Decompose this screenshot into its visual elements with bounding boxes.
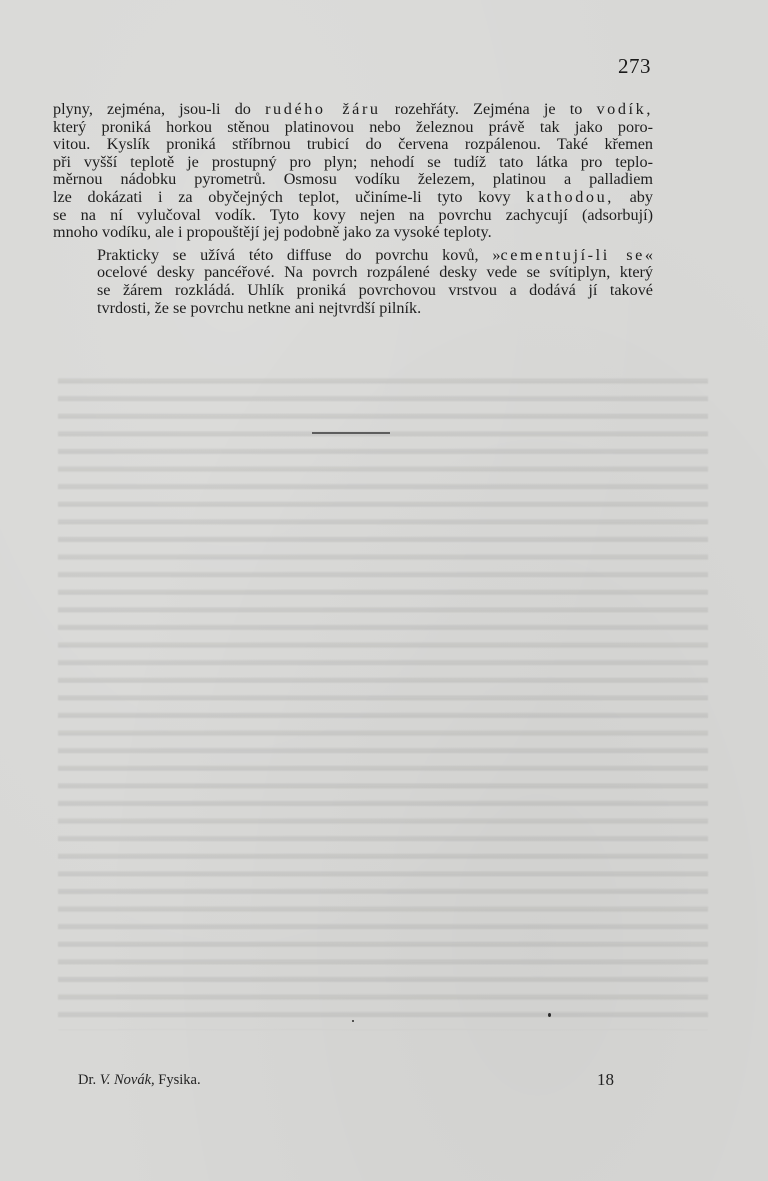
text-line: lze dokázati i za obyčejných teplot, uči… <box>53 189 653 207</box>
text-line: plyny, zejména, jsou-li do rudého žáru r… <box>53 101 653 119</box>
page-footer: Dr. V. Novák, Fysika. 18 <box>78 1072 618 1089</box>
spaced-emphasis: vodík, <box>596 100 653 118</box>
text-line: Prakticky se užívá této diffuse do povrc… <box>53 247 653 265</box>
paragraph: plyny, zejména, jsou-li do rudého žáru r… <box>53 101 653 242</box>
page-number: 273 <box>618 54 651 79</box>
text-line: ocelové desky pancéřové. Na povrch rozpá… <box>53 264 653 282</box>
author-name: V. Novák <box>100 1072 151 1088</box>
text-line: měrnou nádobku pyrometrů. Osmosu vodíku … <box>53 171 653 189</box>
section-separator-rule <box>312 432 390 434</box>
spaced-emphasis: kathodou, <box>526 188 614 206</box>
footer-author: Dr. V. Novák, Fysika. <box>78 1072 201 1088</box>
paragraph: Prakticky se užívá této diffuse do povrc… <box>53 247 653 317</box>
body-text: plyny, zejména, jsou-li do rudého žáru r… <box>53 101 653 317</box>
book-page: 273 plyny, zejména, jsou-li do rudého žá… <box>0 0 768 1181</box>
text-line: vitou. Kyslík proniká stříbrnou trubicí … <box>53 136 653 154</box>
reverse-side-show-through <box>58 370 708 1030</box>
text-line: při vyšší teplotě je prostupný pro plyn;… <box>53 154 653 172</box>
text-line: se žárem rozkládá. Uhlík proniká povrcho… <box>53 282 653 300</box>
signature-mark: 18 <box>597 1070 614 1090</box>
spaced-emphasis: rudého žáru <box>265 100 381 118</box>
spaced-emphasis: cementují-li se <box>500 246 644 264</box>
text-line: se na ní vylučoval vodík. Tyto kovy neje… <box>53 207 653 225</box>
text-line: mnoho vodíku, ale i propouštějí jej podo… <box>53 224 653 242</box>
text-line: tvrdosti, že se povrchu netkne ani nejtv… <box>53 300 653 318</box>
print-speck <box>548 1013 551 1017</box>
text-line: který proniká horkou stěnou platinovou n… <box>53 119 653 137</box>
print-speck <box>352 1020 354 1022</box>
